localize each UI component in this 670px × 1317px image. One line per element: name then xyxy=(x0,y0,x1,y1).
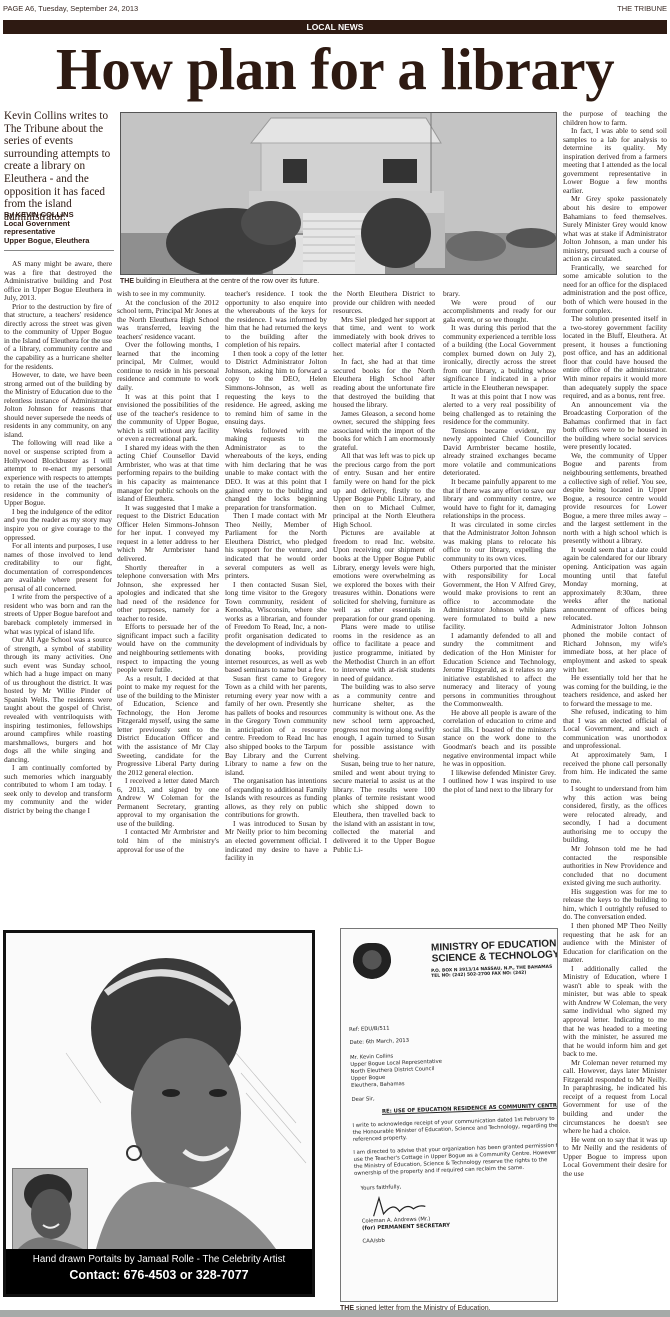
article-paragraph: It was circulated in some circles that t… xyxy=(443,521,556,564)
article-paragraph: We were proud of our accomplishments and… xyxy=(443,299,556,325)
article-paragraph: At approximately 9am, I received the pho… xyxy=(563,751,667,785)
article-paragraph: I am continually comforted by such memor… xyxy=(4,764,112,815)
letter-salutation: Dear Sir, xyxy=(351,1090,558,1104)
article-paragraph: I then contacted Susan Siel, long time v… xyxy=(225,581,327,675)
article-paragraph: The organisation has intentions of expan… xyxy=(225,777,327,820)
page-folio: PAGE A6, Tuesday, September 24, 2013 THE… xyxy=(3,4,667,16)
article-column-1: AS many might be aware, there was a fire… xyxy=(4,260,112,928)
section-label: LOCAL NEWS xyxy=(3,20,667,34)
letter-closing: Yours faithfully, xyxy=(361,1179,558,1193)
article-paragraph: The building was to also serve as a comm… xyxy=(333,683,435,760)
article-paragraph: I was introduced to Susan by Mr Neilly p… xyxy=(225,820,327,863)
article-paragraph: I contacted Mr Armbrister and told him o… xyxy=(117,828,219,854)
article-paragraph: Mr Grey spoke passionately about his des… xyxy=(563,195,667,263)
byline-location: Upper Bogue, Eleuthera xyxy=(4,237,114,246)
article-paragraph: teacher's residence. I took the opportun… xyxy=(225,290,327,350)
article-paragraph: I beg the indulgence of the editor and y… xyxy=(4,508,112,542)
article-paragraph: For all intents and purposes, I use name… xyxy=(4,542,112,593)
letter-body-2: I am directed to advise that your organi… xyxy=(353,1143,558,1178)
article-paragraph: It was suggested that I make a request t… xyxy=(117,504,219,564)
article-paragraph: Plans were made to utilise rooms in the … xyxy=(333,623,435,683)
article-paragraph: AS many might be aware, there was a fire… xyxy=(4,260,112,303)
ad-contact-phone[interactable]: Contact: 676-4503 or 328-7077 xyxy=(6,1265,312,1282)
article-paragraph: We, the community of Upper Bogue and par… xyxy=(563,452,667,546)
article-paragraph: He above all people is aware of the corr… xyxy=(443,709,556,769)
article-paragraph: the North Eleuthera District to provide … xyxy=(333,290,435,316)
article-paragraph: In fact, she had at that time secured bo… xyxy=(333,358,435,409)
headline: How plan for a library xyxy=(0,34,670,104)
coat-of-arms-icon xyxy=(353,943,391,985)
building-photo xyxy=(120,112,557,275)
article-paragraph: I likewise defended Minister Grey. I out… xyxy=(443,769,556,795)
letter-recipient: Mr. Kevin Collins Upper Bogue Local Repr… xyxy=(350,1048,558,1090)
article-paragraph: Susan first came to Gregory Town as a ch… xyxy=(225,675,327,778)
article-paragraph: He essentially told her that he was comi… xyxy=(563,674,667,708)
article-paragraph: His suggestion was for me to release the… xyxy=(563,888,667,922)
article-paragraph: the purpose of teaching the children how… xyxy=(563,110,667,127)
article-paragraph: He went on to say that it was up to Mr N… xyxy=(563,1136,667,1179)
article-paragraph: Tensions became evident, my newly appoin… xyxy=(443,427,556,478)
article-paragraph: Susan, being true to her nature, smiled … xyxy=(333,760,435,854)
reference-photo-image xyxy=(13,1169,87,1249)
article-paragraph: It became painfully apparent to me that … xyxy=(443,478,556,521)
article-paragraph: Administrator Jolton Johnson phoned the … xyxy=(563,623,667,674)
article-paragraph: Weeks followed with me making requests t… xyxy=(225,427,327,512)
caption-text: building in Eleuthera at the centre of t… xyxy=(134,278,319,285)
article-paragraph: It would seem that a date could again be… xyxy=(563,546,667,623)
byline-title: Local Government representative xyxy=(4,220,114,237)
letter-body-1: I write to acknowledge receipt of your c… xyxy=(352,1116,558,1144)
portrait-advertisement[interactable]: Hand drawn Portaits by Jamaal Rolle - Th… xyxy=(3,930,315,1297)
article-paragraph: Shortly thereafter in a telephone conver… xyxy=(117,564,219,624)
letter-reference: Ref: EDU/B/511 xyxy=(349,1020,558,1034)
article-column-4: the North Eleuthera District to provide … xyxy=(333,290,435,924)
article-paragraph: I shared my ideas with the then acting C… xyxy=(117,444,219,504)
article-paragraph: Mr Johnson told me he had contacted the … xyxy=(563,845,667,888)
folio-date: PAGE A6, Tuesday, September 24, 2013 xyxy=(3,4,138,16)
article-paragraph: However, to date, we have been strong ar… xyxy=(4,371,112,439)
article-paragraph: I write from the perspective of a reside… xyxy=(4,593,112,636)
article-paragraph: James Gleason, a second home owner, secu… xyxy=(333,410,435,453)
folio-paper-name: THE TRIBUNE xyxy=(617,4,667,16)
reference-photo-inset xyxy=(12,1168,88,1250)
article-deck: Kevin Collins writes to The Tribune abou… xyxy=(4,110,114,223)
article-paragraph: Over the following months, I learned tha… xyxy=(117,341,219,392)
article-paragraph: I then phoned MP Theo Neilly requesting … xyxy=(563,922,667,965)
article-column-5: brary.We were proud of our accomplishmen… xyxy=(443,290,556,924)
ministry-letter-image: MINISTRY OF EDUCATION, SCIENCE & TECHNOL… xyxy=(340,928,558,1302)
article-paragraph: Efforts to persuade her of the significa… xyxy=(117,623,219,674)
article-paragraph: I additionally called the Ministry of Ed… xyxy=(563,965,667,1059)
article-paragraph: All that was left was to pick up the pre… xyxy=(333,452,435,529)
article-paragraph: I adamantly defended to all and sundry t… xyxy=(443,632,556,709)
article-paragraph: Prior to the destruction by fire of that… xyxy=(4,303,112,371)
article-column-6: the purpose of teaching the children how… xyxy=(563,110,667,1305)
article-paragraph: The solution presented itself in a two-s… xyxy=(563,315,667,400)
article-paragraph: She refused, indicating to him that I wa… xyxy=(563,708,667,751)
article-paragraph: The following will read like a novel or … xyxy=(4,439,112,507)
article-column-3: teacher's residence. I took the opportun… xyxy=(225,290,327,928)
article-paragraph: Frantically, we searched for some amicab… xyxy=(563,264,667,315)
caption-lead: THE xyxy=(120,278,134,285)
article-paragraph: Our All Age School was a source of stren… xyxy=(4,636,112,764)
ad-contact-bar: Hand drawn Portaits by Jamaal Rolle - Th… xyxy=(6,1249,312,1294)
article-paragraph: Pictures are available at freedom to rea… xyxy=(333,529,435,623)
article-paragraph: I received a letter dated March 6, 2013,… xyxy=(117,777,219,828)
building-illustration xyxy=(121,113,557,275)
page-footer-band xyxy=(0,1310,670,1317)
article-paragraph: Then I made contact with Mr Theo Neilly,… xyxy=(225,512,327,580)
article-paragraph: It was at this point that I envisioned t… xyxy=(117,393,219,444)
ad-tagline: Hand drawn Portaits by Jamaal Rolle - Th… xyxy=(6,1249,312,1265)
article-paragraph: At the conclusion of the 2012 school ter… xyxy=(117,299,219,342)
signature-scribble xyxy=(369,1194,430,1218)
photo-caption: THE building in Eleuthera at the centre … xyxy=(120,277,557,286)
article-paragraph: It was during this period that the commu… xyxy=(443,324,556,392)
article-paragraph: An announcement via the Broadcasting Cor… xyxy=(563,401,667,452)
letter-date: Date: 6th March, 2013 xyxy=(349,1033,558,1047)
article-paragraph: Mr Coleman never returned my call. Howev… xyxy=(563,1059,667,1136)
article-paragraph: As a result, I decided at that point to … xyxy=(117,675,219,778)
byline: By KEVIN COLLINS Local Government repres… xyxy=(4,211,114,251)
article-paragraph: I sought to understand from him why this… xyxy=(563,785,667,845)
letter-initials: CAA/sbb xyxy=(362,1232,558,1246)
letter-subject: RE: USE OF EDUCATION RESIDENCE AS COMMUN… xyxy=(382,1103,558,1116)
article-paragraph: It was at this point that I now was aler… xyxy=(443,393,556,427)
article-paragraph: I then took a copy of the letter to Dist… xyxy=(225,350,327,427)
article-column-2: wish to see in my community.At the concl… xyxy=(117,290,219,928)
article-paragraph: Others purported that the minister with … xyxy=(443,564,556,632)
article-paragraph: In fact, I was able to send soil samples… xyxy=(563,127,667,195)
article-paragraph: Mrs Siel pledged her support at that tim… xyxy=(333,316,435,359)
